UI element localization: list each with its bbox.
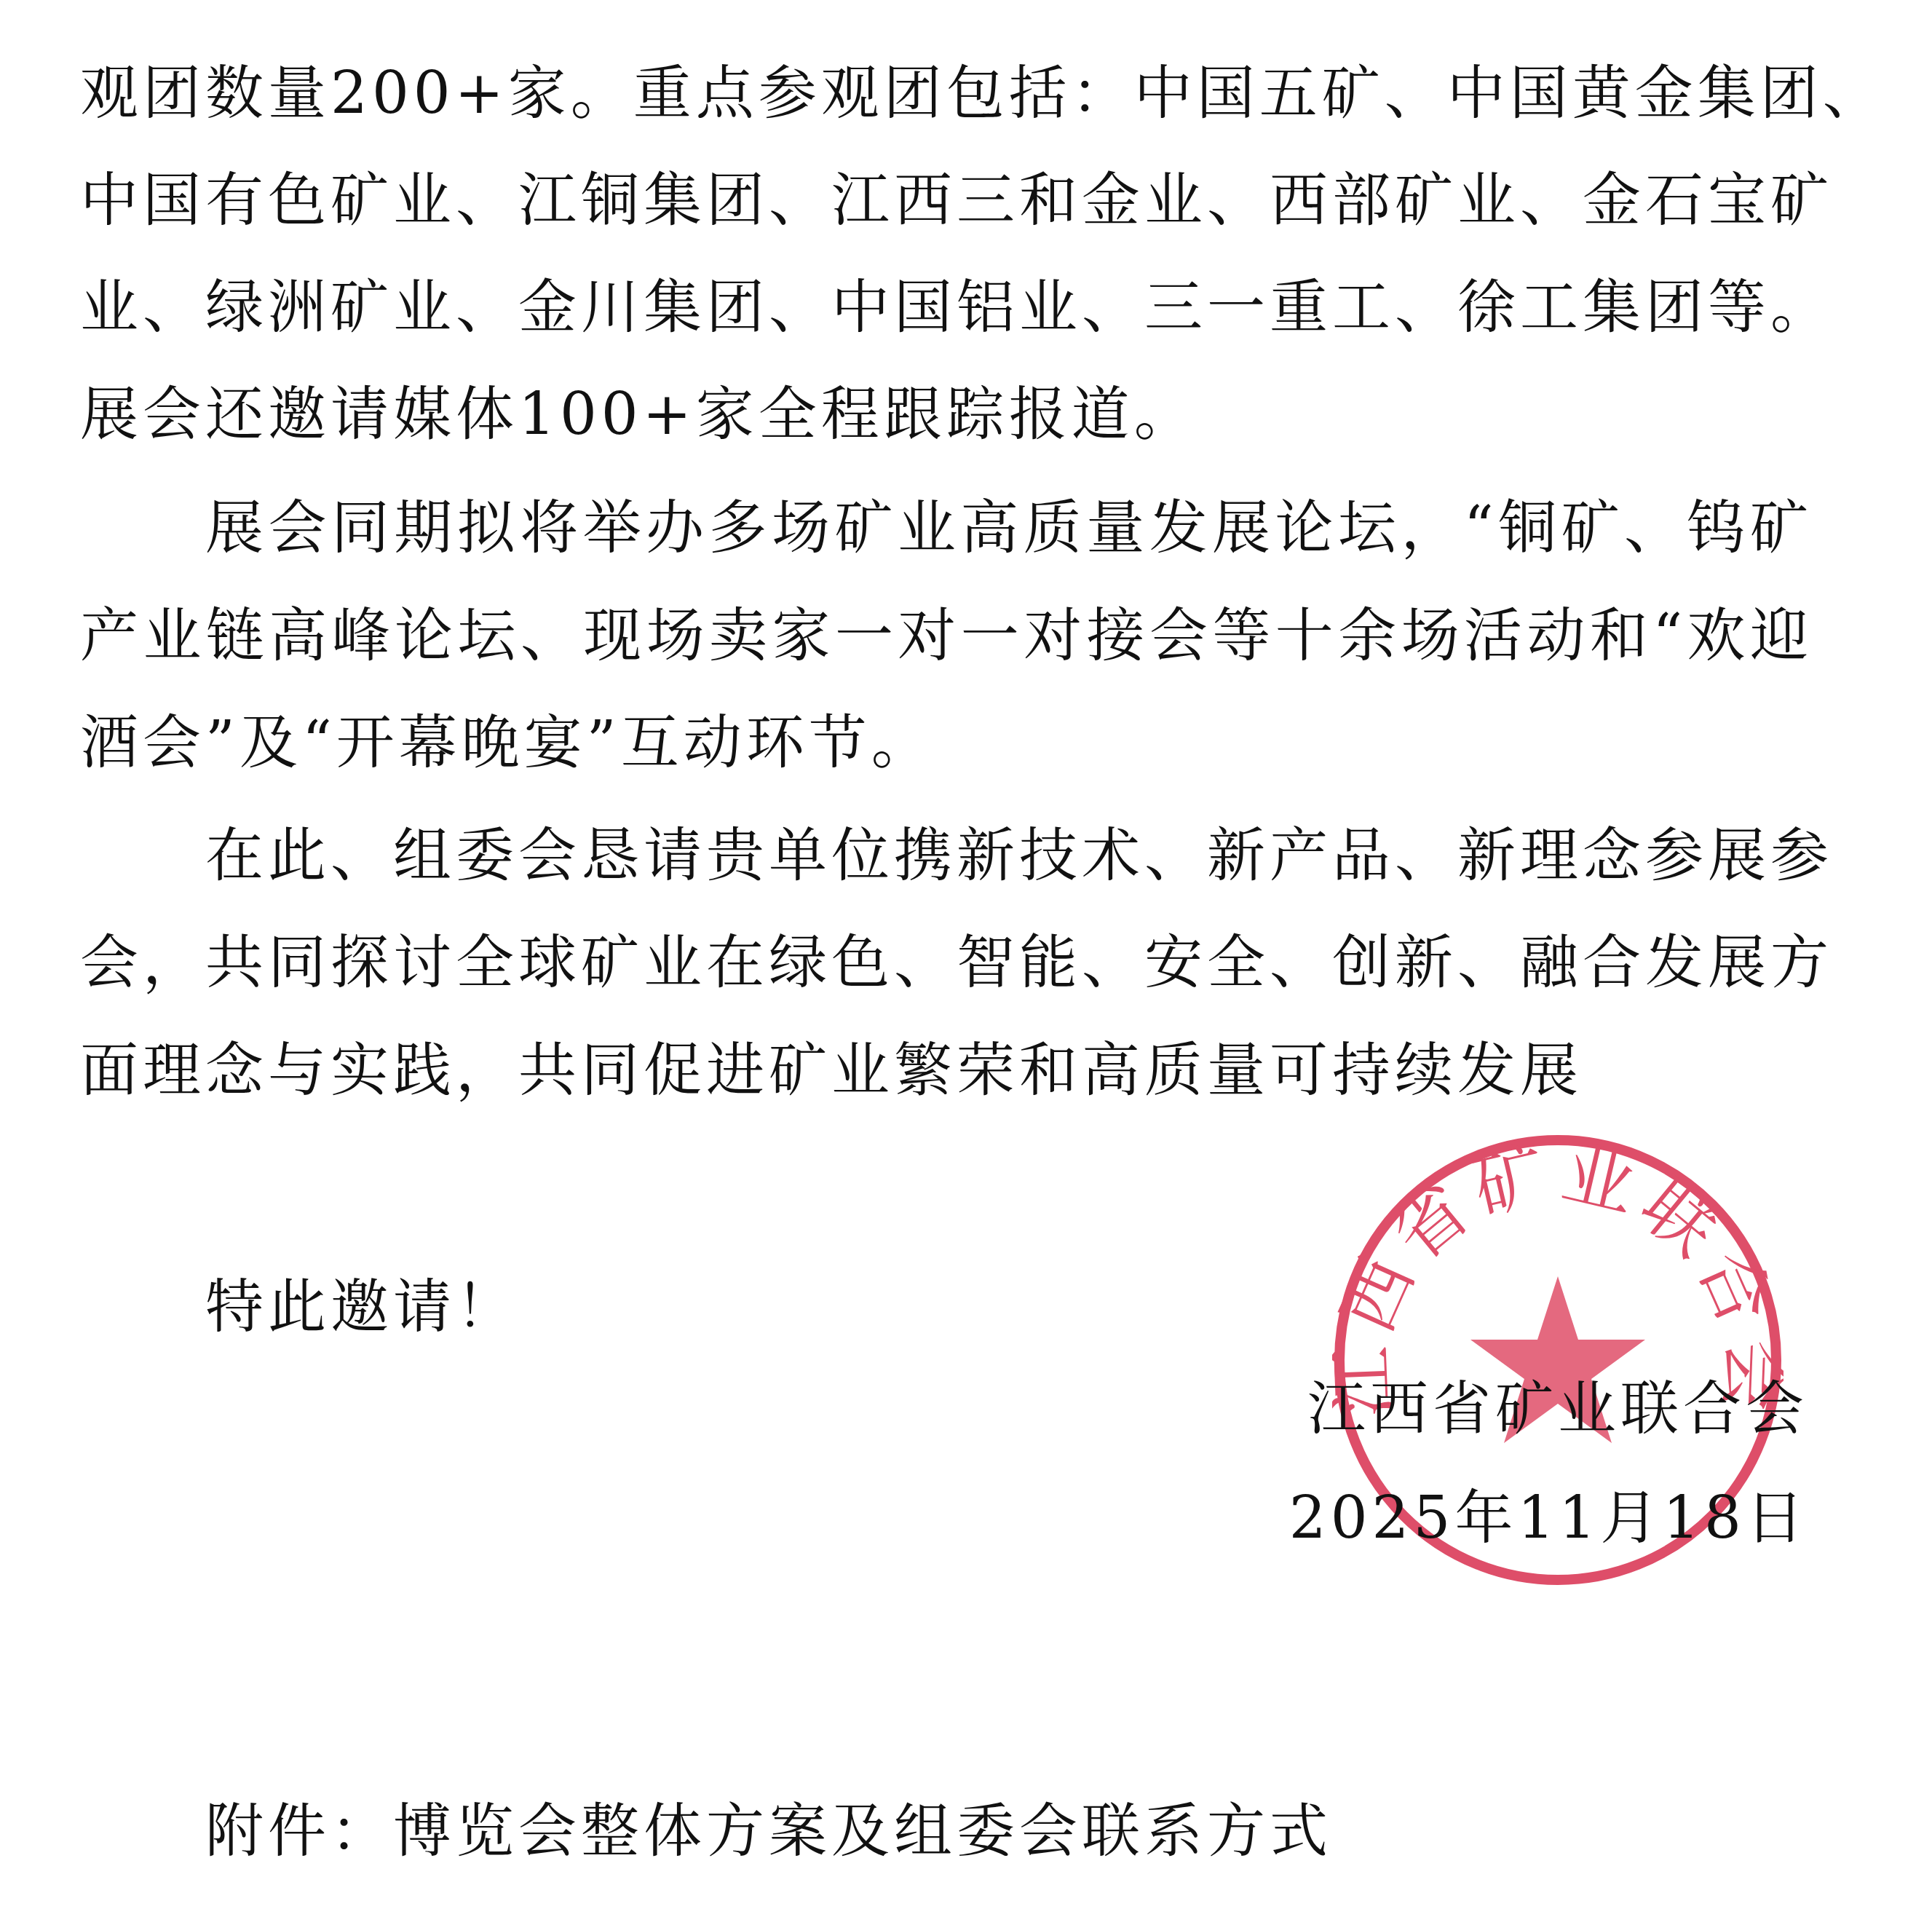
body-line: 在此、组委会恳请贵单位携新技术、新产品、新理念参展参 [205, 819, 1813, 892]
body-line: 业、绿洲矿业、金川集团、中国铝业、三一重工、徐工集团等。 [80, 271, 1813, 344]
body-line: 会，共同探讨全球矿业在绿色、智能、安全、创新、融合发展方 [80, 926, 1813, 999]
body-line: 产业链高峰论坛、现场卖家一对一对接会等十余场活动和“欢迎 [80, 599, 1813, 672]
signature-date: 2025年11月18日 [1289, 1482, 1808, 1554]
document-page: 观团数量200+家。重点参观团包括：中国五矿、中国黄金集团、 中国有色矿业、江铜… [0, 0, 1932, 1925]
body-line: 面理念与实践，共同促进矿业繁荣和高质量可持续发展 [80, 1034, 1813, 1107]
body-line: 观团数量200+家。重点参观团包括：中国五矿、中国黄金集团、 [80, 57, 1813, 130]
body-line: 展会还邀请媒体100+家全程跟踪报道。 [80, 378, 1813, 451]
attachment-note: 附件：博览会整体方案及组委会联系方式 [205, 1795, 1332, 1867]
signature-organization: 江西省矿业联合会 [1307, 1372, 1808, 1445]
body-line: 酒会”及“开幕晚宴”互动环节。 [80, 706, 1813, 779]
body-line: 展会同期拟将举办多场矿业高质量发展论坛，“铜矿、钨矿 [205, 491, 1813, 564]
body-line: 中国有色矿业、江铜集团、江西三和金业、西部矿业、金石宝矿 [80, 164, 1813, 237]
closing-text: 特此邀请！ [205, 1270, 518, 1343]
